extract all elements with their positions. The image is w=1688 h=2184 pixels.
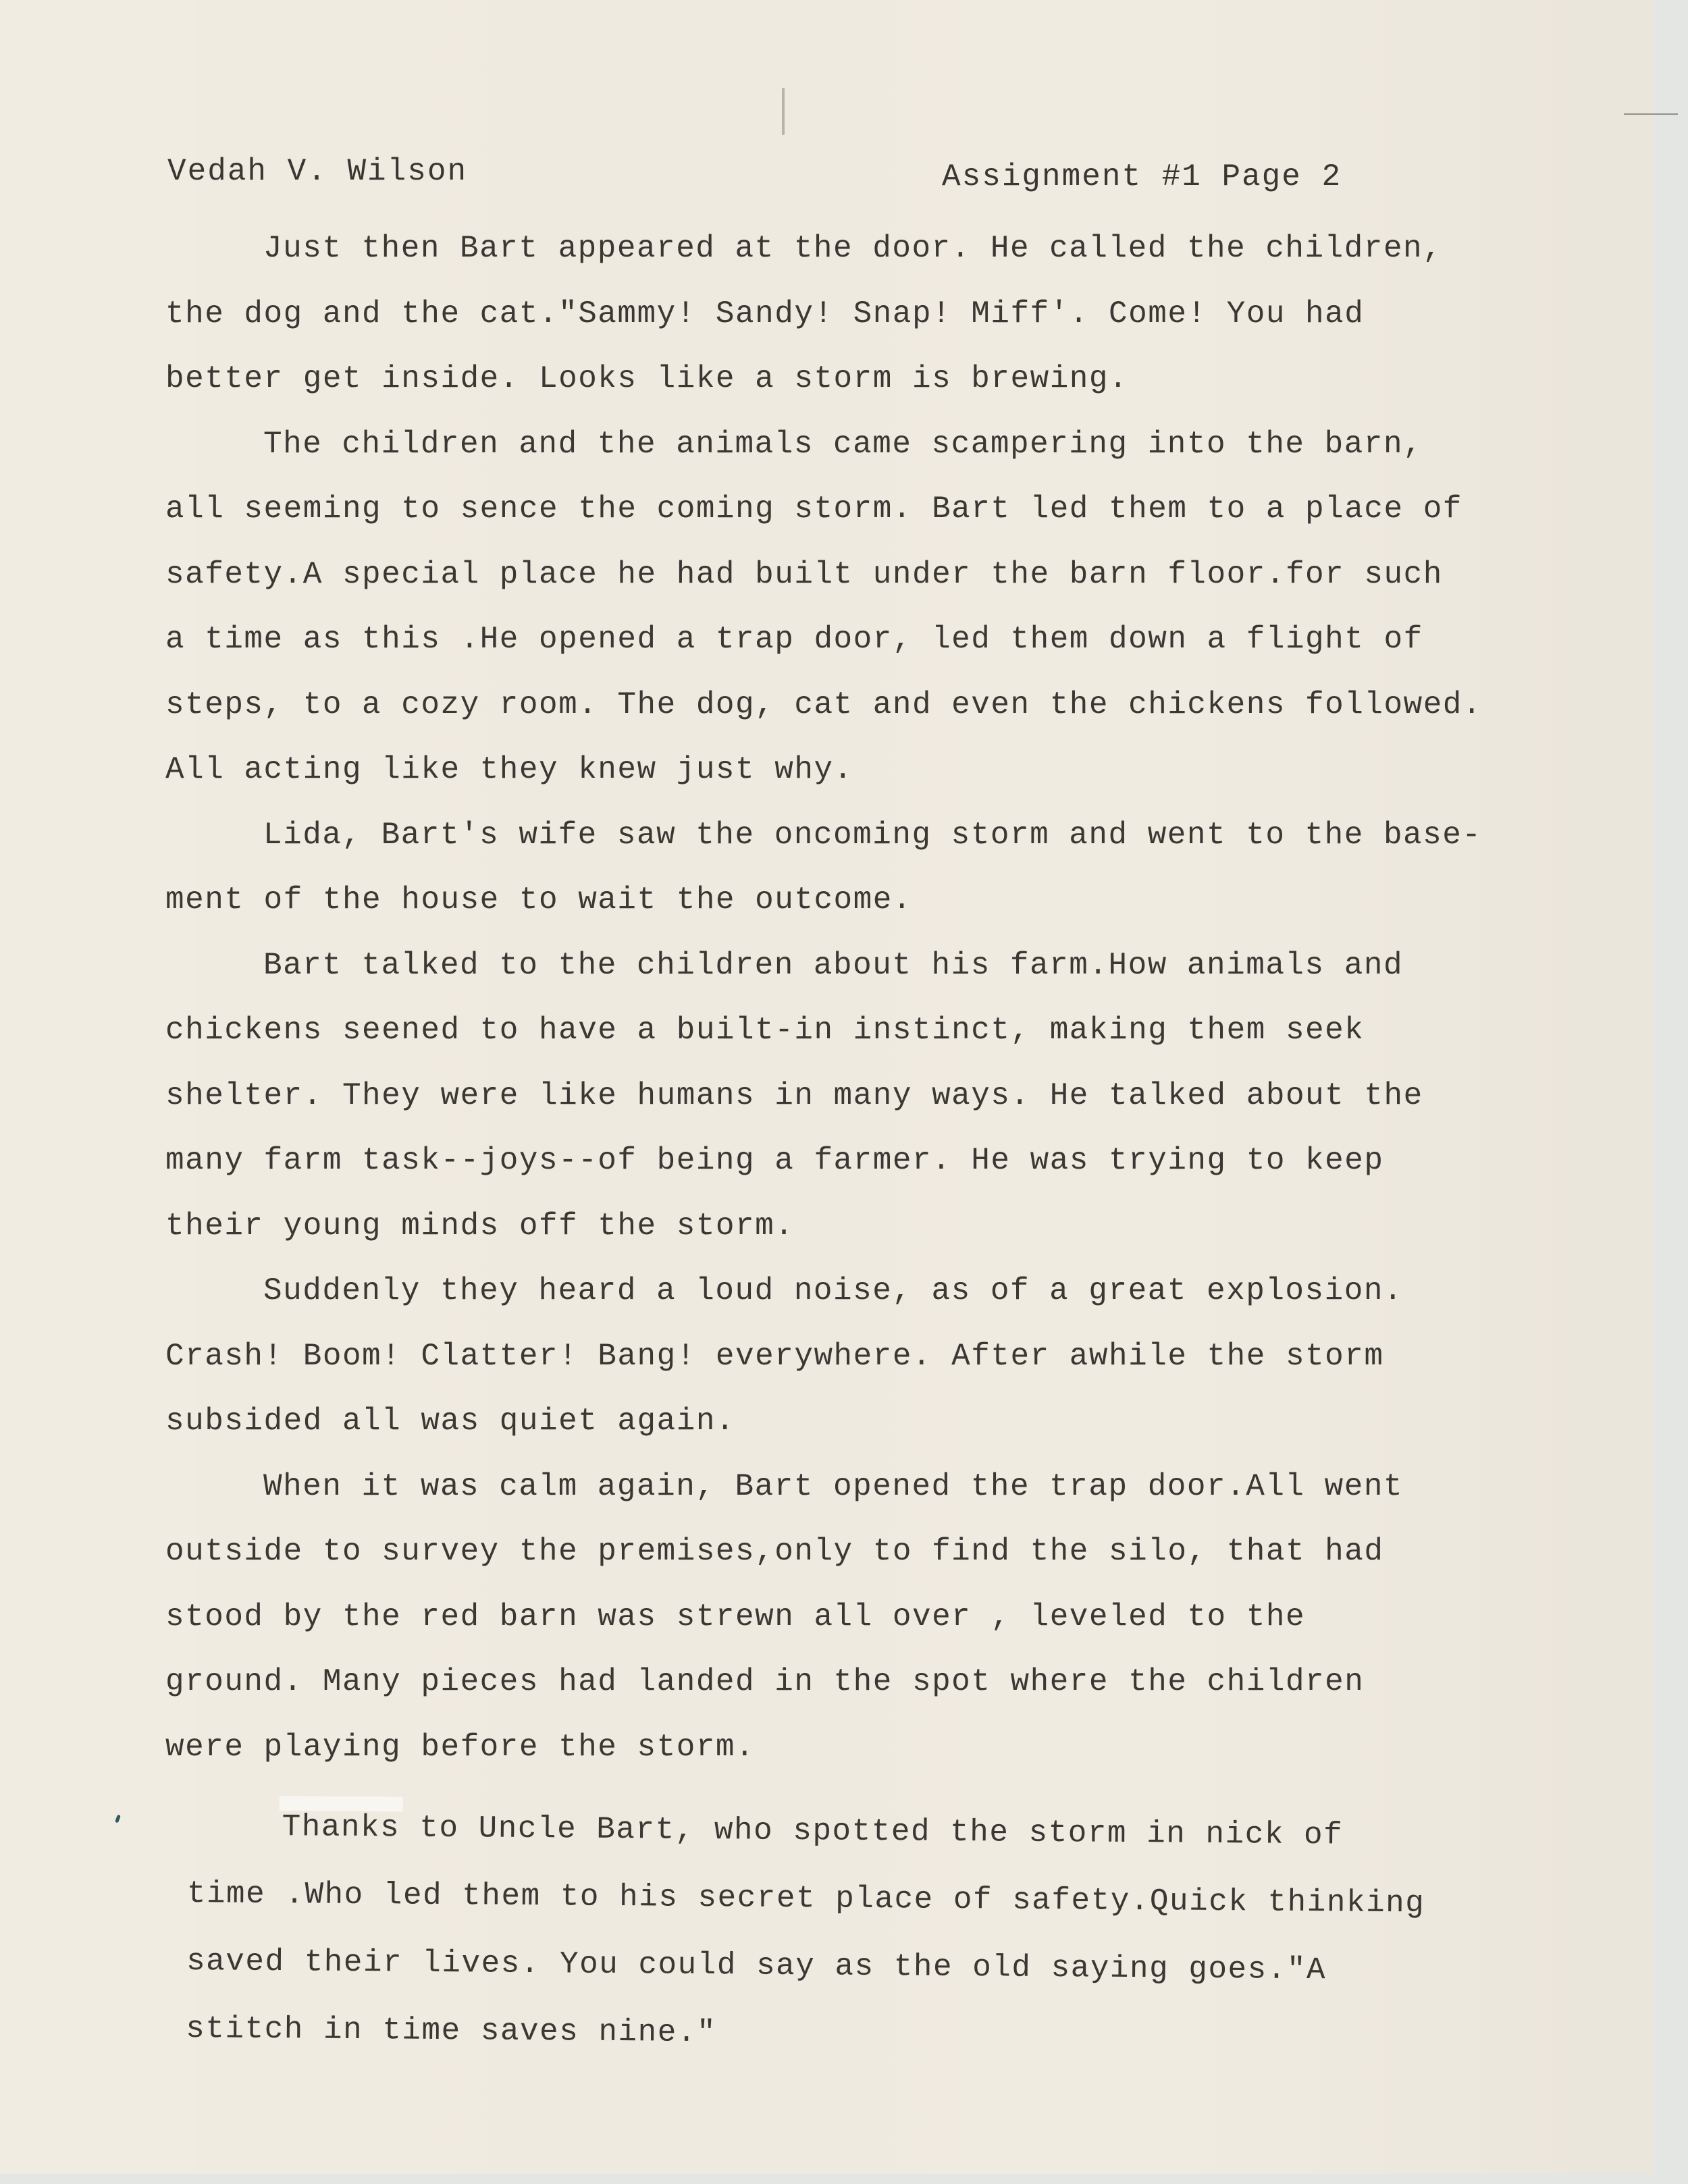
text-line: stitch in time saves nine." [186,1995,1571,2073]
text-line: chickens seened to have a built-in insti… [165,998,1550,1063]
paragraph-3: Lida, Bart's wife saw the oncoming storm… [165,803,1550,933]
paper-crease-mark [782,88,785,135]
text-line: saved their lives. You could say as the … [186,1927,1571,2006]
corrected-word: Thanks [282,1809,400,1845]
text-line: stood by the red barn was strewn all ove… [165,1584,1550,1650]
page-edge-mark [1624,113,1678,115]
author-name: Vedah V. Wilson [167,154,467,189]
text-line: ment of the house to wait the outcome. [165,868,1550,933]
paragraph-5: Suddenly they heard a loud noise, as of … [165,1258,1550,1454]
text-line: better get inside. Looks like a storm is… [165,346,1550,412]
text-line: shelter. They were like humans in many w… [165,1063,1550,1129]
text-segment: to Uncle Bart, who spotted the storm in … [400,1810,1343,1853]
text-line: many farm task--joys--of being a farmer.… [165,1128,1550,1194]
text-line: Suddenly they heard a loud noise, as of … [165,1258,1550,1324]
page-header: Vedah V. Wilson Assignment #1 Page 2 [0,154,1654,194]
text-line: ground. Many pieces had landed in the sp… [165,1649,1550,1715]
text-line: a time as this .He opened a trap door, l… [165,607,1550,672]
story-body: Just then Bart appeared at the door. He … [165,216,1550,1780]
text-line: outside to survey the premises,only to f… [165,1519,1550,1584]
assignment-page-label: Assignment #1 Page 2 [942,159,1342,194]
closing-paragraph: Thanks to Uncle Bart, who spotted the st… [186,1792,1572,2073]
paragraph-1: Just then Bart appeared at the door. He … [165,216,1550,412]
text-line: were playing before the storm. [165,1715,1550,1780]
text-line: subsided all was quiet again. [165,1389,1550,1454]
text-line: When it was calm again, Bart opened the … [165,1454,1550,1520]
text-line: Thanks to Uncle Bart, who spotted the st… [187,1792,1572,1871]
ink-mark [115,1815,121,1823]
text-line: safety.A special place he had built unde… [165,542,1550,608]
text-line: steps, to a cozy room. The dog, cat and … [165,672,1550,738]
text-line: Crash! Boom! Clatter! Bang! everywhere. … [165,1324,1550,1389]
text-line: Bart talked to the children about his fa… [165,933,1550,998]
typed-page: Vedah V. Wilson Assignment #1 Page 2 Jus… [0,0,1654,2174]
paragraph-6: When it was calm again, Bart opened the … [165,1454,1550,1780]
paragraph-4: Bart talked to the children about his fa… [165,933,1550,1259]
text-line: the dog and the cat."Sammy! Sandy! Snap!… [165,282,1550,347]
text-line: their young minds off the storm. [165,1194,1550,1259]
paragraph-2: The children and the animals came scampe… [165,412,1550,803]
text-line: All acting like they knew just why. [165,737,1550,803]
text-line: Lida, Bart's wife saw the oncoming storm… [165,803,1550,868]
text-line: time .Who led them to his secret place o… [186,1860,1571,1938]
text-line: Just then Bart appeared at the door. He … [165,216,1550,282]
text-line: all seeming to sence the coming storm. B… [165,477,1550,542]
text-line: The children and the animals came scampe… [165,412,1550,477]
